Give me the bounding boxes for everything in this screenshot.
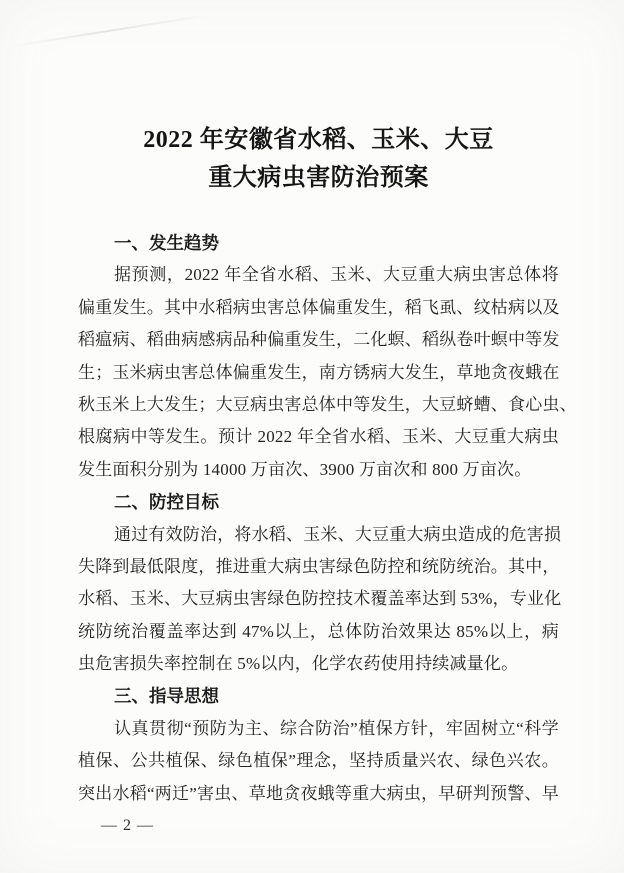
body-line: 认真贯彻“预防为主、综合防治”植保方针，牢固树立“科学 [78,713,559,745]
body-line: 通过有效防治，将水稻、玉米、大豆重大病虫造成的危害损 [78,519,559,551]
document-page: 2022 年安徽省水稻、玉米、大豆 重大病虫害防治预案 一、发生趋势 据预测，2… [0,0,624,873]
body-line: 偏重发生。其中水稻病虫害总体偏重发生，稻飞虱、纹枯病以及 [78,292,559,324]
body-line: 水稻、玉米、大豆病虫害绿色防控技术覆盖率达到 53%，专业化 [78,583,559,615]
document-title: 2022 年安徽省水稻、玉米、大豆 重大病虫害防治预案 [78,0,559,197]
body-line: 统防统治覆盖率达到 47%以上，总体防治效果达 85%以上，病 [78,616,559,648]
body-line: 虫危害损失率控制在 5%以内，化学农药使用持续减量化。 [78,648,559,680]
body-line: 植保、公共植保、绿色植保”理念，坚持质量兴农、绿色兴农。 [78,745,559,777]
body-line: 发生面积分别为 14000 万亩次、3900 万亩次和 800 万亩次。 [78,454,559,486]
page-number: — 2 — [78,811,559,841]
body-line: 秋玉米上大发生；大豆病虫害总体中等发生，大豆蛴螬、食心虫、 [78,389,559,421]
document-title-line-2: 重大病虫害防治预案 [78,159,559,197]
document-title-line-1: 2022 年安徽省水稻、玉米、大豆 [78,121,559,159]
body-line: 突出水稻“两迁”害虫、草地贪夜蛾等重大病虫，早研判预警、早 [78,778,559,810]
body-line: 据预测，2022 年全省水稻、玉米、大豆重大病虫害总体将 [78,259,559,291]
body-line: 根腐病中等发生。预计 2022 年全省水稻、玉米、大豆重大病虫 [78,421,559,453]
document-body: 一、发生趋势 据预测，2022 年全省水稻、玉米、大豆重大病虫害总体将 偏重发生… [78,227,559,810]
section-heading-guiding-ideology: 三、指导思想 [78,680,559,712]
document-content: 2022 年安徽省水稻、玉米、大豆 重大病虫害防治预案 一、发生趋势 据预测，2… [78,0,559,841]
body-line: 稻瘟病、稻曲病感病品种偏重发生，二化螟、稻纵卷叶螟中等发 [78,324,559,356]
body-line: 失降到最低限度，推进重大病虫害绿色防控和统防统治。其中， [78,551,559,583]
body-line: 生；玉米病虫害总体偏重发生，南方锈病大发生，草地贪夜蛾在 [78,357,559,389]
section-heading-occurrence-trend: 一、发生趋势 [78,227,559,259]
section-heading-control-target: 二、防控目标 [78,486,559,518]
